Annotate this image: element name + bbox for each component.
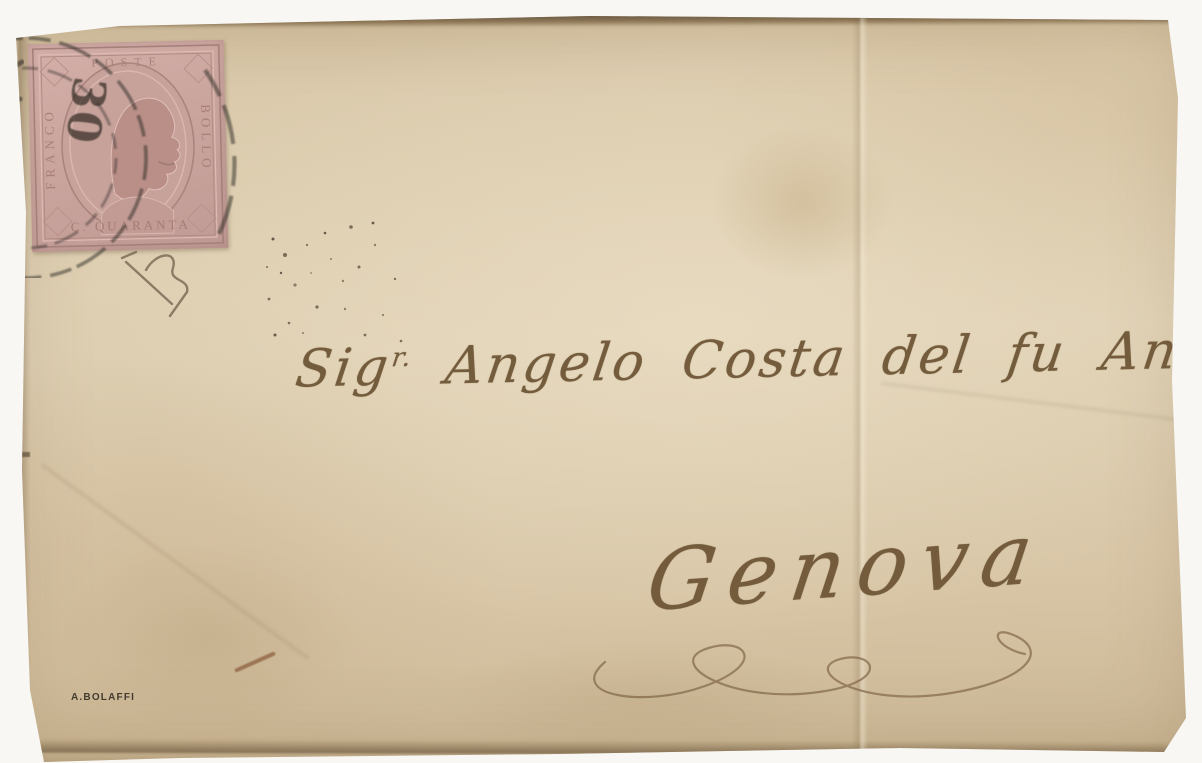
toning-stain — [712, 128, 892, 278]
left-edge-ink-tick — [14, 452, 30, 457]
pen-flourish — [575, 600, 1095, 720]
address-line: Sigr. Angelo Costa del fu Andrea — [292, 320, 1202, 399]
address-honorific: Sig — [292, 337, 395, 399]
right-edge-darkening — [1164, 22, 1180, 744]
diagonal-crease-right — [881, 382, 1179, 422]
ink-specks — [255, 215, 415, 355]
postmark-numeral: 30 — [55, 74, 117, 148]
address-recipient: Angelo Costa del fu Andrea — [442, 318, 1202, 396]
expert-handstamp: A.BOLAFFI — [71, 692, 135, 703]
pencil-notation — [112, 238, 222, 328]
address-honorific-superscript: r. — [390, 343, 414, 374]
letter-cover: ​ POSTE FRANCO BOLLO C. QUARANTA 30 — [0, 0, 1202, 763]
photo-background: ​ POSTE FRANCO BOLLO C. QUARANTA 30 — [0, 0, 1202, 763]
